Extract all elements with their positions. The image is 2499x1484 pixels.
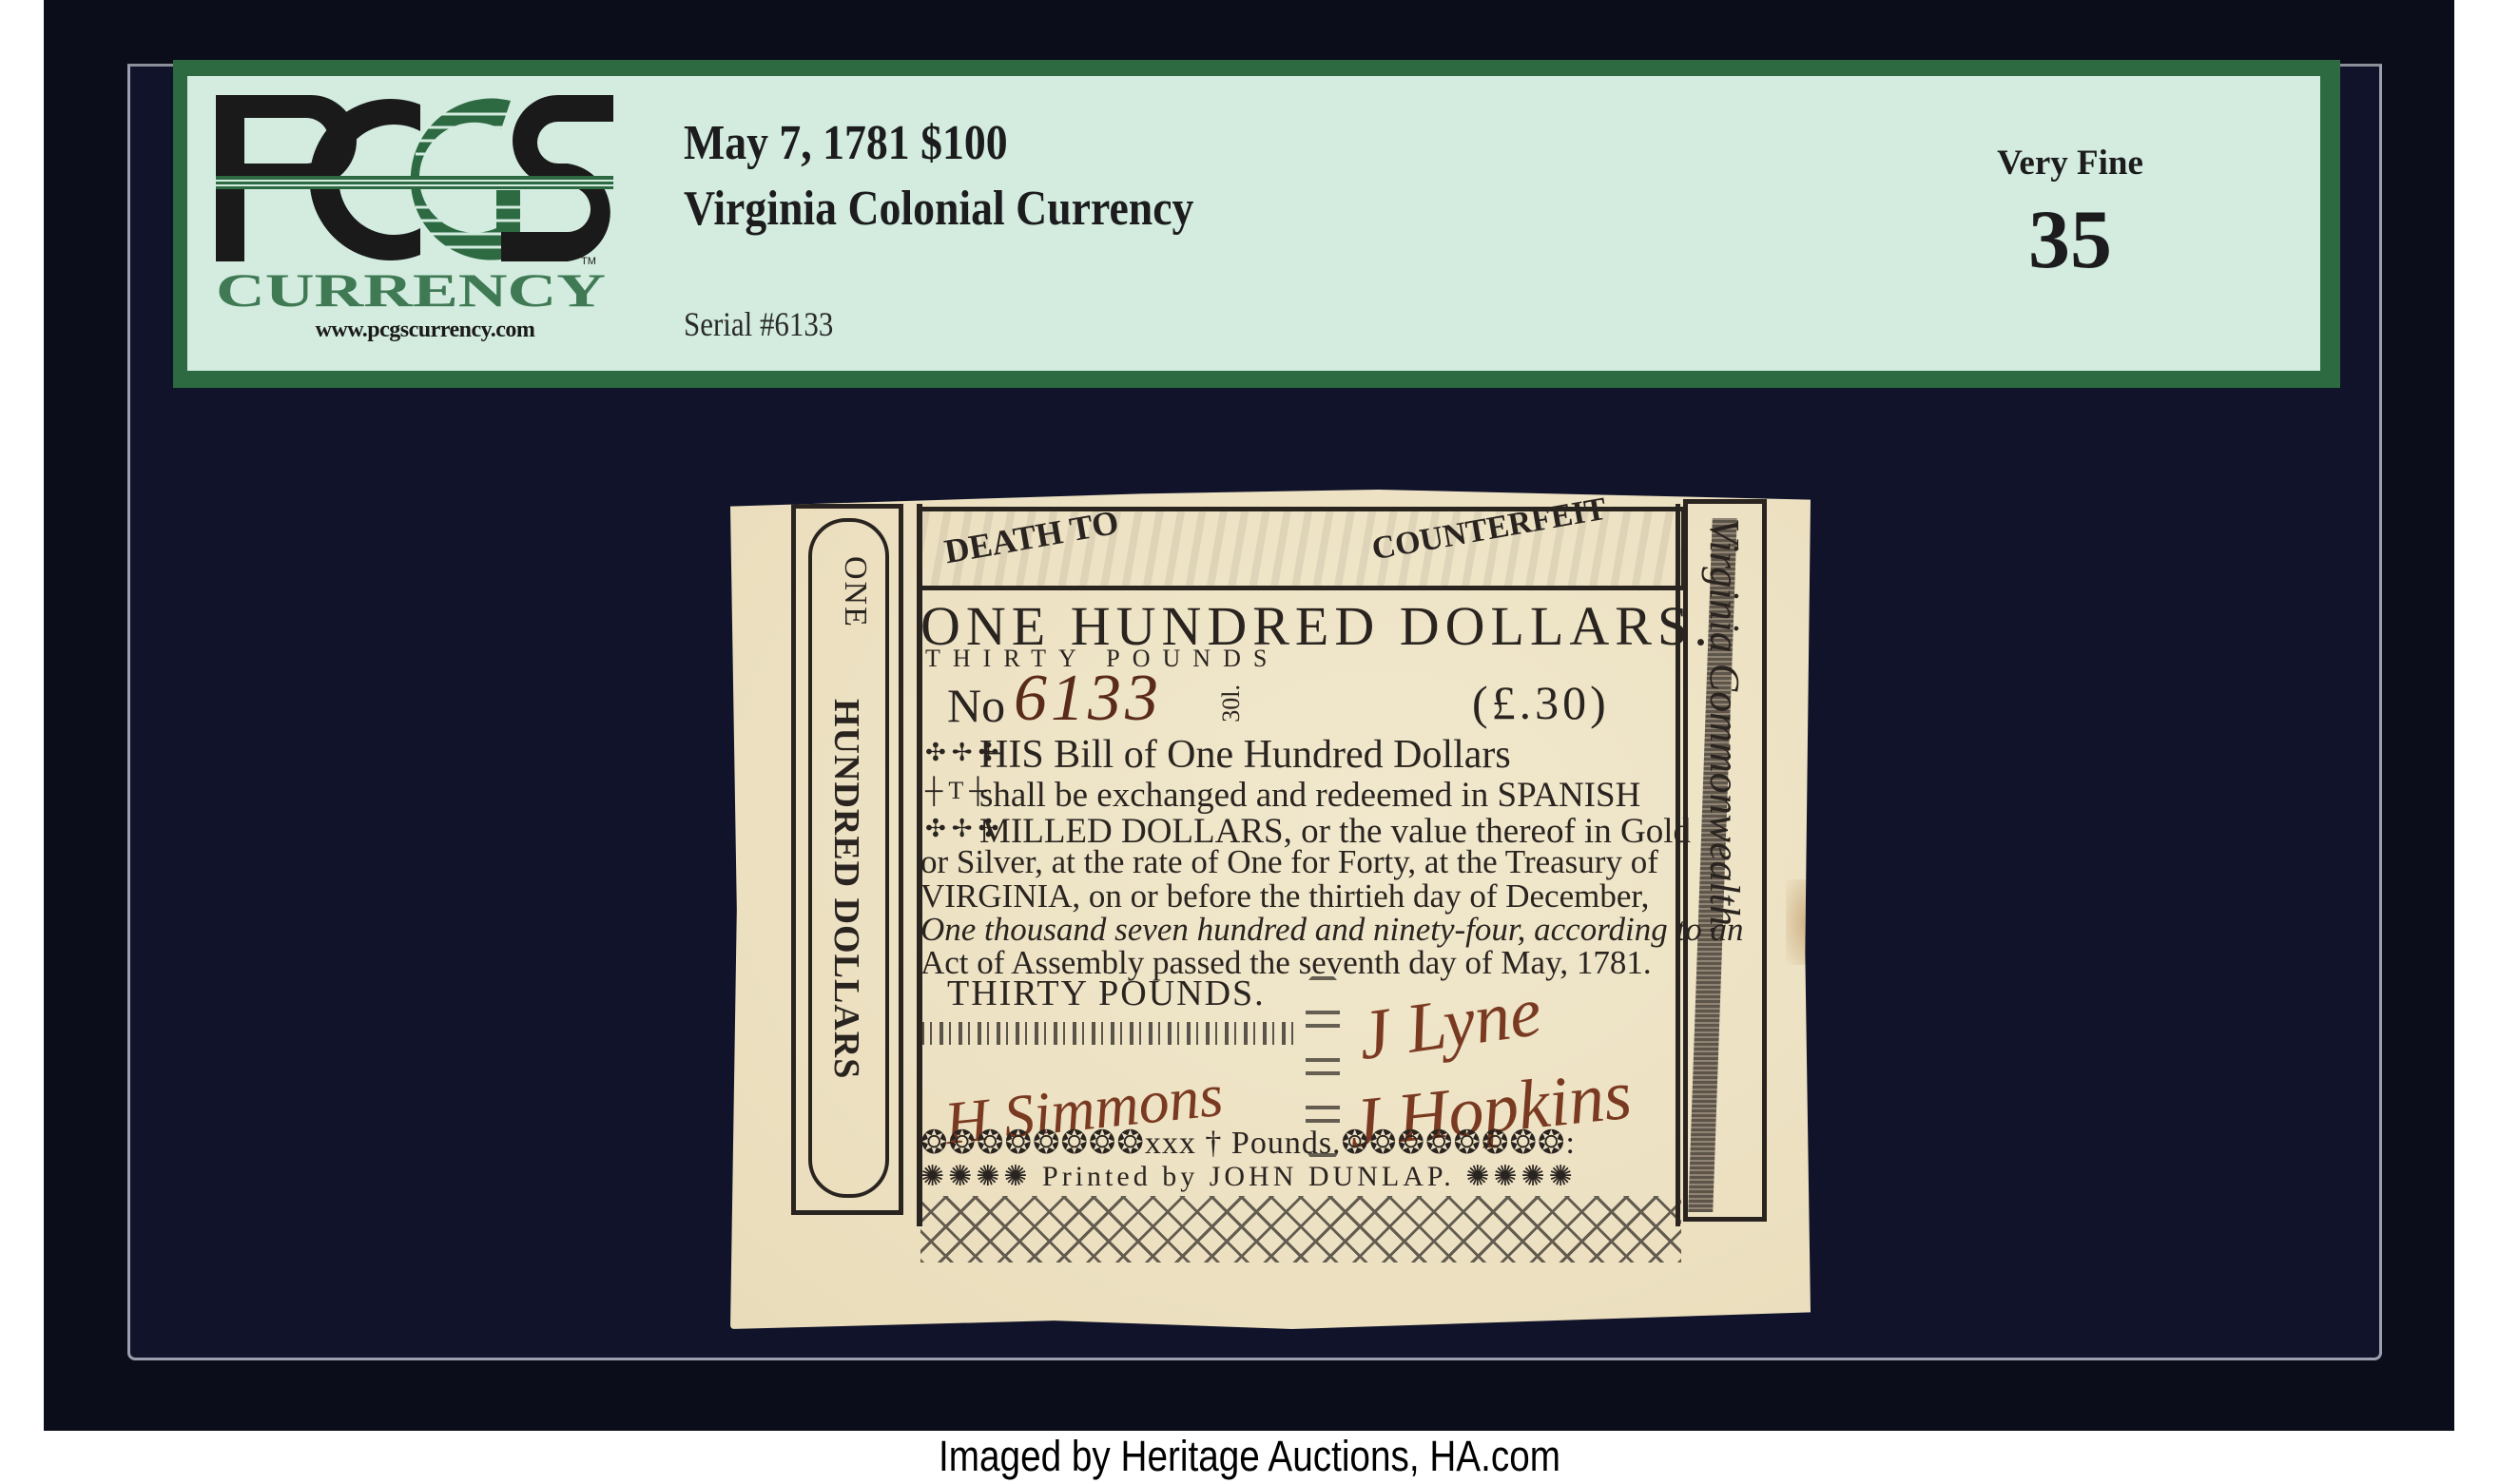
- sunburst-icon: ✺✺✺✺: [920, 1161, 1042, 1192]
- body-line-1: HIS Bill of One Hundred Dollars: [979, 732, 1511, 778]
- body-line-2: shall be exchanged and redeemed in SPANI…: [979, 775, 1640, 816]
- label-panel: CURRENCY TM www.pcgscurrency.com May 7, …: [187, 76, 2320, 371]
- note-title-line-2: Virginia Colonial Currency: [684, 176, 1193, 241]
- left-banner-text-bottom: HUNDRED DOLLARS: [825, 699, 867, 1079]
- crosshatch-border: [920, 1196, 1681, 1262]
- pcgs-logo-icon: CURRENCY TM: [216, 95, 615, 342]
- grading-label: CURRENCY TM www.pcgscurrency.com May 7, …: [173, 60, 2340, 388]
- grade-description: Very Fine: [1880, 143, 2260, 183]
- handwritten-serial: 6133: [1014, 661, 1162, 737]
- sunburst-icon: ✺✺✺✺: [1455, 1161, 1577, 1192]
- printer-line-text: Printed by JOHN DUNLAP.: [1042, 1161, 1455, 1192]
- death-to-counterfeit-panel: DEATH TO COUNTERFEIT: [918, 507, 1686, 590]
- pcgs-currency-logo: CURRENCY TM: [216, 95, 615, 342]
- thirty-pounds-text: THIRTY POUNDS.: [947, 973, 1266, 1014]
- body-line-6: One thousand seven hundred and ninety-fo…: [920, 911, 1743, 949]
- rosette-icon: ❂❂❂❂❂❂❂❂: [920, 1126, 1145, 1161]
- pcgs-website-url: www.pcgscurrency.com: [282, 318, 568, 343]
- header-text-left: DEATH TO: [941, 502, 1122, 571]
- note-title-line-1: May 7, 1781 $100: [684, 110, 1193, 176]
- pounds-line: ❂❂❂❂❂❂❂❂xxx † Pounds.❂❂❂❂❂❂❂❂:: [920, 1124, 1576, 1162]
- rosette-icon: ❂❂❂❂❂❂❂❂:: [1342, 1126, 1576, 1161]
- number-prefix: No: [947, 678, 1005, 733]
- svg-text:CURRENCY: CURRENCY: [216, 263, 606, 317]
- ornamental-border-row: [920, 1022, 1299, 1045]
- signature-2: J Lyne: [1353, 972, 1546, 1077]
- banknote: ONE HUNDRED DOLLARS Virginia Commonwealt…: [730, 490, 1811, 1329]
- left-banner-text-top: ONE: [837, 556, 873, 628]
- side-mark: 30l.: [1217, 684, 1246, 723]
- header-text-right: COUNTERFEIT: [1369, 491, 1609, 569]
- image-credit-caption: Imaged by Heritage Auctions, HA.com: [175, 1432, 2324, 1481]
- pounds-line-text: xxx † Pounds.: [1145, 1126, 1342, 1161]
- grade-number: 35: [1880, 192, 2260, 288]
- pounds-value: (£.30): [1472, 675, 1610, 730]
- note-title: May 7, 1781 $100 Virginia Colonial Curre…: [684, 110, 1193, 241]
- svg-text:TM: TM: [581, 256, 596, 267]
- body-line-5: VIRGINIA, on or before the thirtieh day …: [920, 877, 1649, 915]
- printer-line: ✺✺✺✺ Printed by JOHN DUNLAP. ✺✺✺✺: [920, 1160, 1577, 1193]
- right-banner-text: Virginia Commonwealth.: [1700, 518, 1749, 936]
- serial-number: Serial #6133: [684, 304, 833, 344]
- body-line-4: or Silver, at the rate of One for Forty,…: [920, 843, 1658, 881]
